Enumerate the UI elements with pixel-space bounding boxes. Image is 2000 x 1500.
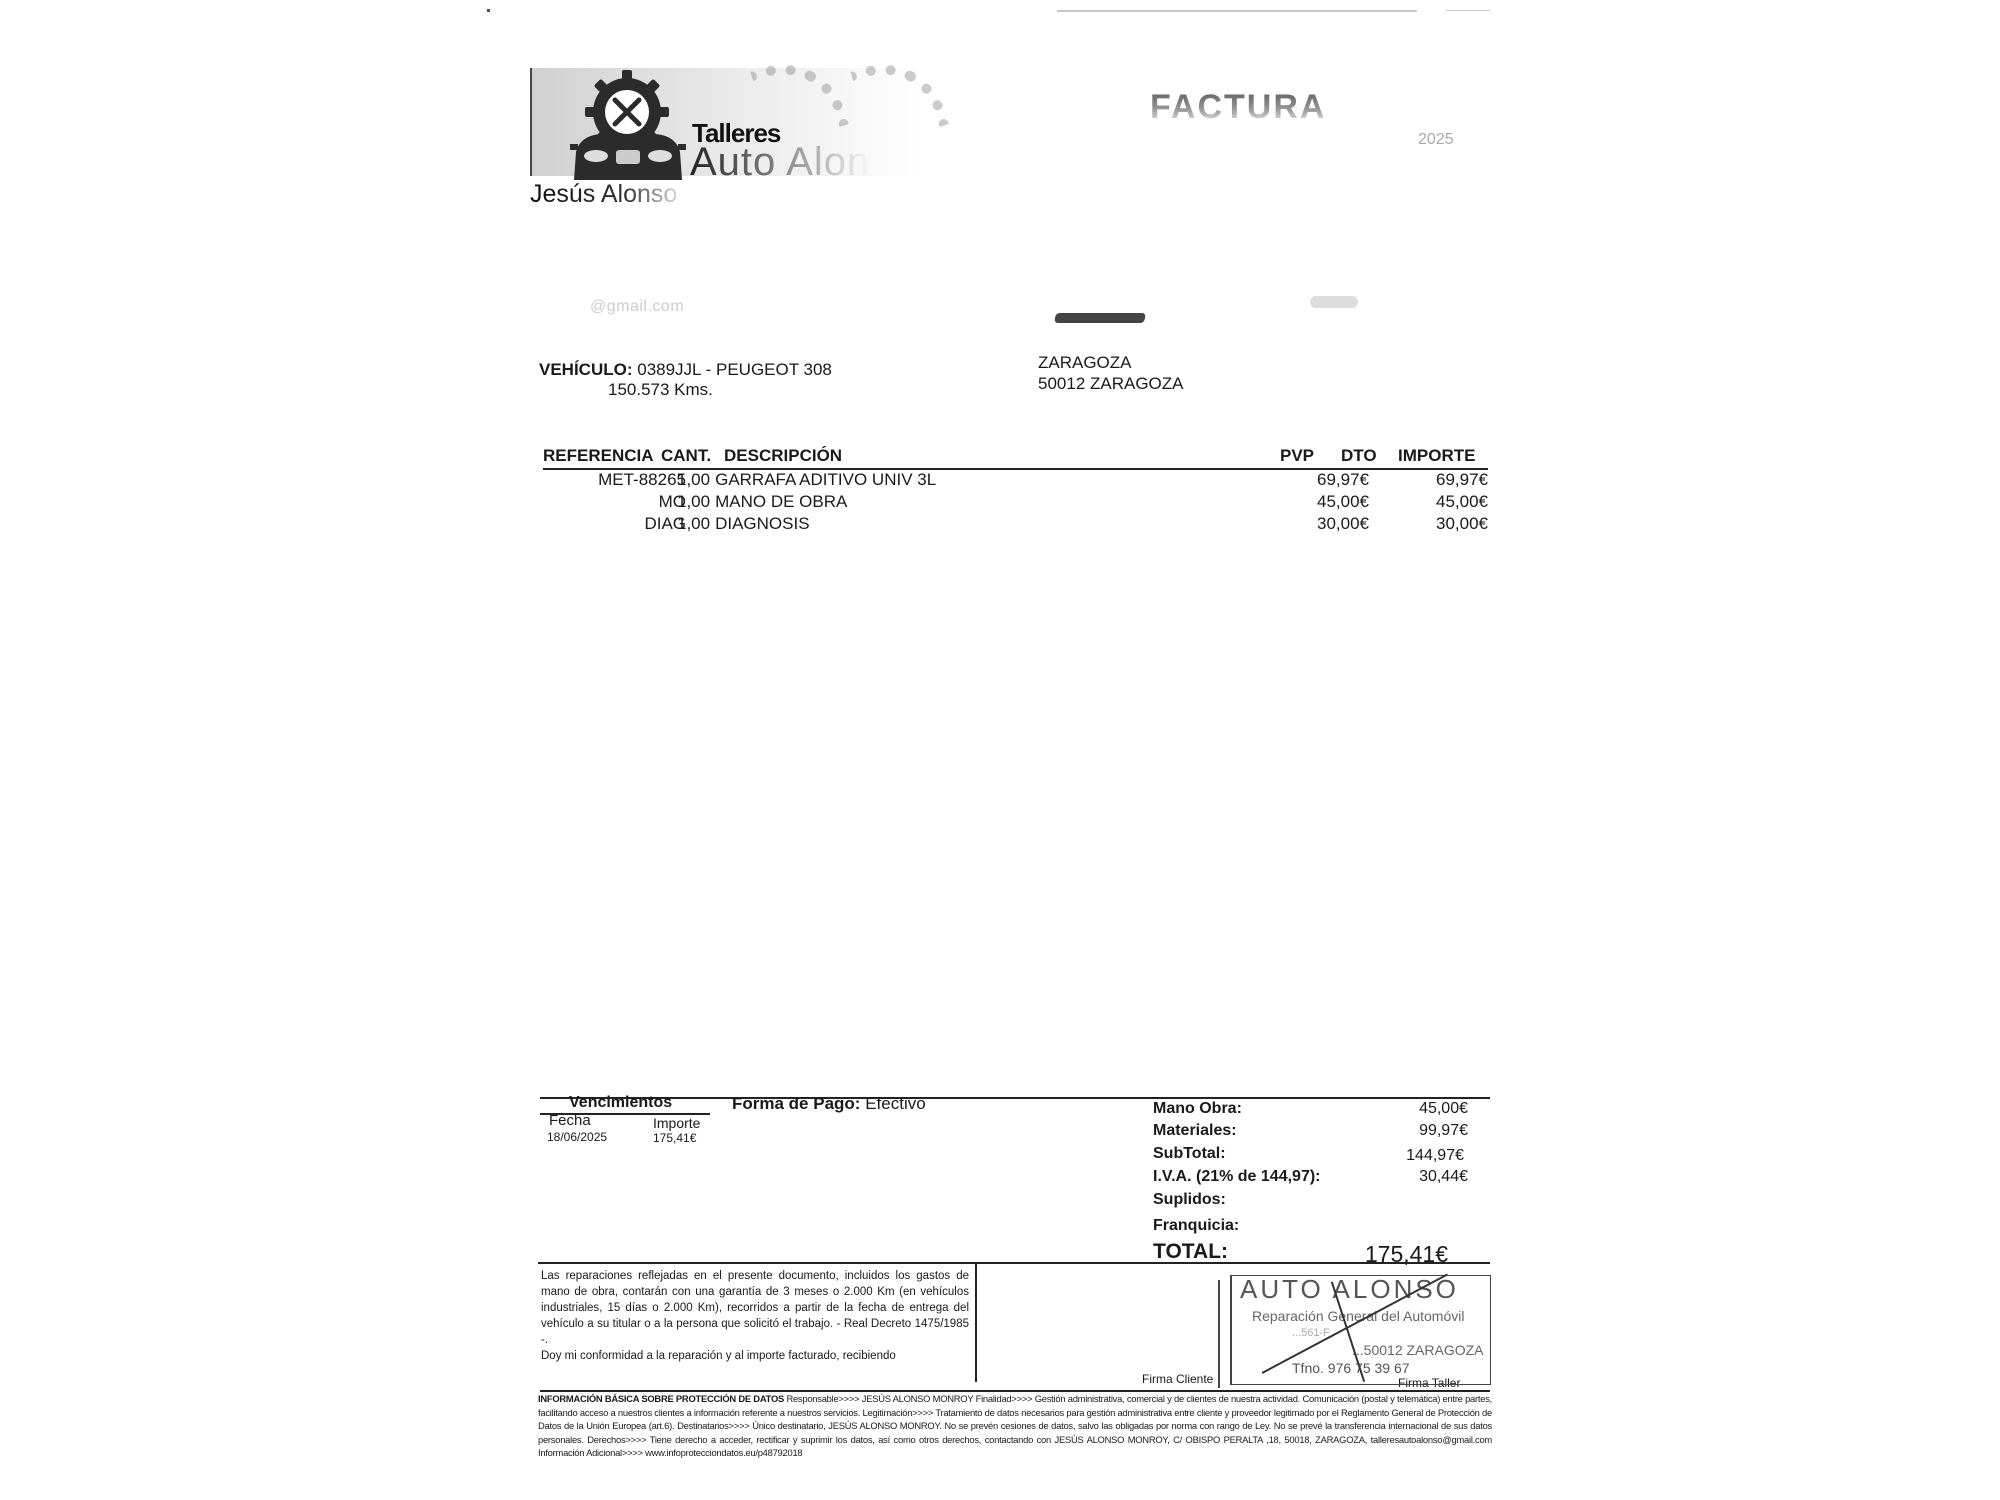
col-pvp: PVP (1280, 446, 1314, 466)
value: 45,00€ (1419, 1100, 1468, 1118)
scan-edge-line (1446, 10, 1490, 11)
payment-method: Forma de Pago: Efectivo (732, 1094, 926, 1114)
cell-pvp: 45,00€ (1263, 492, 1369, 512)
client-address: ZARAGOZA 50012 ZARAGOZA (1038, 352, 1184, 394)
cell-descripcion: DIAGNOSIS (715, 514, 809, 533)
total-mano-obra: Mano Obra: 45,00€ (1153, 1100, 1468, 1118)
label: I.V.A. (21% de 144,97): (1153, 1168, 1321, 1185)
col-referencia: REFERENCIA (543, 446, 654, 466)
cell-importe: 69,97€ (1373, 470, 1488, 490)
signature-divider (975, 1262, 1490, 1264)
col-dto: DTO (1341, 446, 1377, 466)
col-descripcion: DESCRIPCIÓN (724, 446, 842, 466)
redaction-mark (1310, 296, 1358, 308)
vehicle-value: 0389JJL - PEUGEOT 308 (637, 360, 832, 379)
company-logo: Talleres Auto Alonso (530, 68, 922, 176)
scan-speck (487, 9, 490, 12)
signature-separator (1218, 1280, 1220, 1388)
conformity-paragraph: Doy mi conformidad a la reparación y al … (541, 1348, 969, 1364)
col-importe: IMPORTE (1398, 446, 1475, 466)
label: Suplidos: (1153, 1191, 1226, 1208)
document-title: FACTURA (1150, 88, 1326, 127)
email-fragment: @gmail.com (590, 298, 684, 316)
privacy-notice: INFORMACIÓN BÁSICA SOBRE PROTECCIÓN DE D… (538, 1392, 1492, 1460)
label: TOTAL: (1153, 1240, 1228, 1263)
table-row: MO1,00MANO DE OBRA45,00€45,00€ (543, 492, 1488, 514)
stamp-taxid: ...561-F (1292, 1327, 1330, 1339)
address-postal: 50012 ZARAGOZA (1038, 373, 1184, 394)
total-franquicia: Franquicia: (1153, 1217, 1468, 1235)
table-row: MET-882651,00GARRAFA ADITIVO UNIV 3L69,9… (543, 470, 1488, 492)
cell-referencia: MET-88265 (598, 470, 686, 490)
stamp-name: AUTO ALONSO (1240, 1274, 1459, 1305)
logo-text-auto-alonso: Auto Alonso (690, 140, 915, 185)
value: 144,97€ (1406, 1147, 1464, 1165)
value: 99,97€ (1419, 1122, 1468, 1140)
footer-divider (540, 1097, 1490, 1099)
total-suplidos: Suplidos: (1153, 1191, 1468, 1209)
stamp-address: ...50012 ZARAGOZA (1352, 1342, 1484, 1358)
label: SubTotal: (1153, 1145, 1226, 1162)
total-subtotal: SubTotal: 144,97€ (1153, 1145, 1468, 1163)
vencimientos-title: Vencimientos (569, 1094, 672, 1112)
cell-pvp: 69,97€ (1263, 470, 1369, 490)
items-table-header: REFERENCIA CANT. DESCRIPCIÓN PVP DTO IMP… (543, 444, 1488, 470)
car-icon (570, 130, 686, 182)
table-row: DIAG1,00DIAGNOSIS30,00€30,00€ (543, 514, 1488, 536)
scan-edge-line (1057, 10, 1417, 12)
cell-importe: 45,00€ (1373, 492, 1488, 512)
client-signature-label: Firma Cliente (1142, 1372, 1213, 1386)
warranty-text: Las reparaciones reflejadas en el presen… (541, 1268, 969, 1364)
vencimientos-col-fecha: Fecha (549, 1112, 591, 1129)
address-city: ZARAGOZA (1038, 352, 1184, 373)
redaction-mark (1054, 313, 1146, 323)
label: Materiales: (1153, 1122, 1237, 1139)
value: 30,44€ (1419, 1168, 1468, 1186)
vehicle-kms: 150.573 Kms. (608, 380, 713, 400)
cell-pvp: 30,00€ (1263, 514, 1369, 534)
cell-cantidad: 1,00 (677, 470, 710, 489)
label: Mano Obra: (1153, 1100, 1242, 1117)
invoice-year: 2025 (1418, 131, 1454, 149)
vencimiento-amount: 175,41€ (653, 1131, 696, 1145)
cell-cantidad: 1,00 (677, 514, 710, 533)
total-materiales: Materiales: 99,97€ (1153, 1122, 1468, 1140)
cell-descripcion: GARRAFA ADITIVO UNIV 3L (715, 470, 936, 489)
payment-label: Forma de Pago: (732, 1094, 860, 1113)
payment-value: Efectivo (865, 1094, 925, 1113)
vencimiento-date: 18/06/2025 (547, 1130, 607, 1144)
vehicle-info: VEHÍCULO: 0389JJL - PEUGEOT 308 (539, 360, 832, 380)
col-cantidad: CANT. (661, 446, 711, 466)
cell-cantidad-descripcion: 1,00DIAGNOSIS (677, 514, 810, 534)
warranty-paragraph: Las reparaciones reflejadas en el presen… (541, 1268, 969, 1348)
cell-importe: 30,00€ (1373, 514, 1488, 534)
stamp-phone: Tfno. 976 75 39 67 (1292, 1360, 1410, 1376)
vehicle-label: VEHÍCULO: (539, 360, 633, 379)
privacy-heading: INFORMACIÓN BÁSICA SOBRE PROTECCIÓN DE D… (538, 1393, 784, 1404)
label: Franquicia: (1153, 1217, 1239, 1234)
cell-cantidad-descripcion: 1,00GARRAFA ADITIVO UNIV 3L (677, 470, 936, 490)
total-iva: I.V.A. (21% de 144,97): 30,44€ (1153, 1168, 1468, 1186)
cell-descripcion: MANO DE OBRA (715, 492, 847, 511)
owner-name: Jesús Alonso (530, 180, 707, 209)
workshop-stamp: AUTO ALONSO Reparación General del Autom… (1230, 1275, 1491, 1385)
cell-cantidad: 1,00 (677, 492, 710, 511)
vencimientos-col-importe: Importe (653, 1115, 700, 1131)
total-final: TOTAL: 175,41€ (1153, 1240, 1468, 1264)
cell-cantidad-descripcion: 1,00MANO DE OBRA (677, 492, 847, 512)
